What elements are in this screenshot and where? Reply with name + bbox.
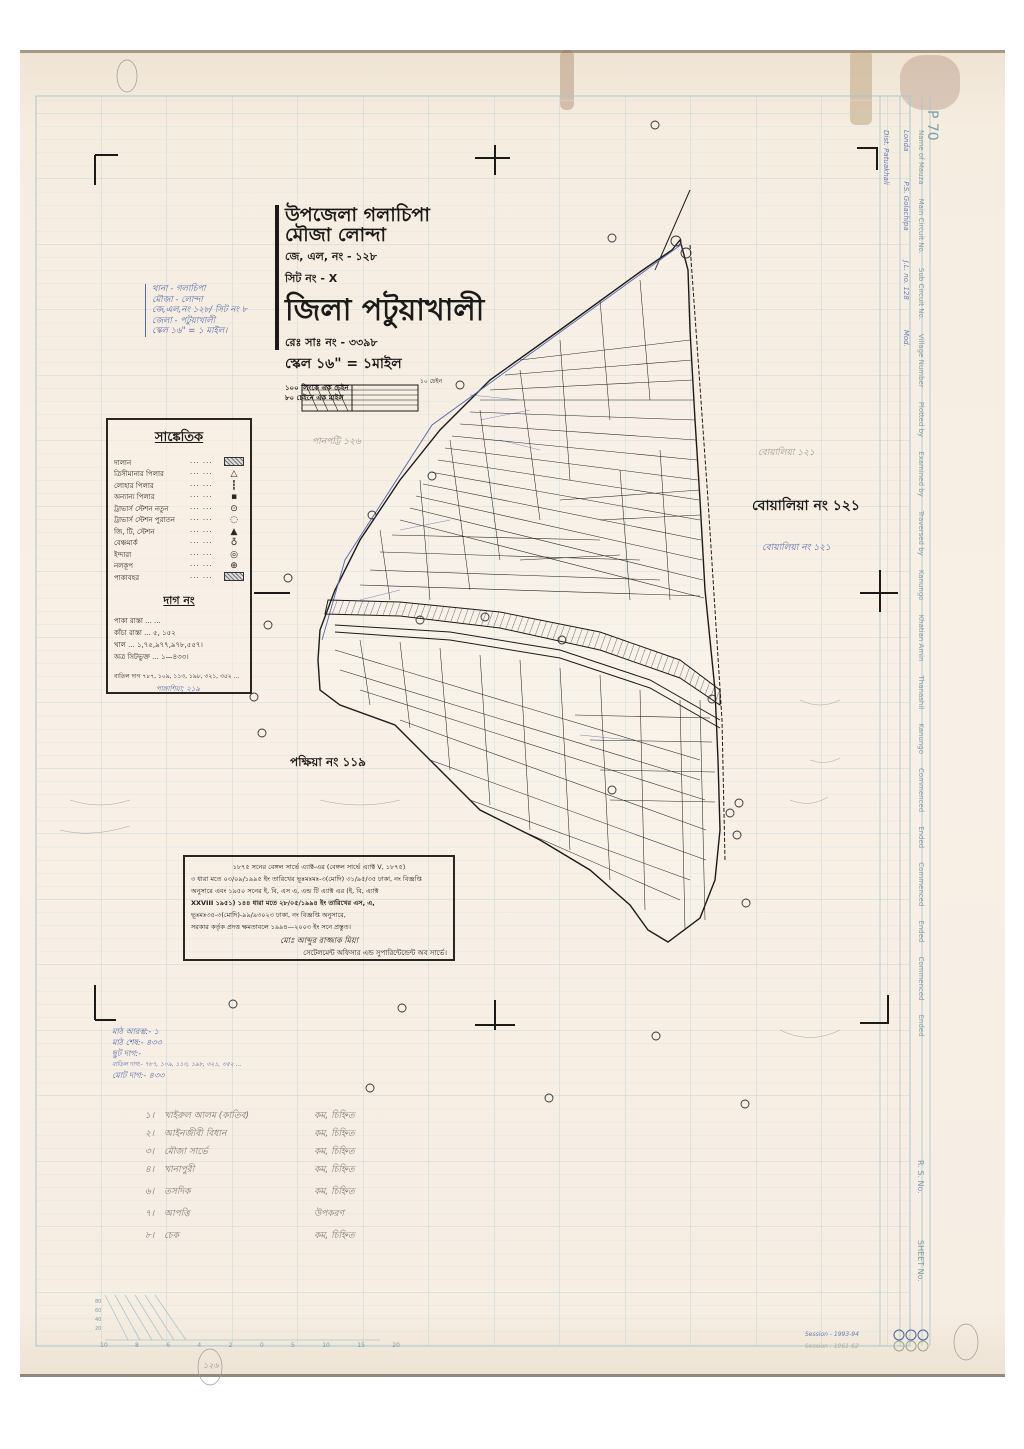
attestation-row: ৩।মৌজা সার্ভেকম, চিহ্নিত — [145, 1144, 355, 1162]
page-code: P 70 — [924, 110, 940, 141]
cert-line: ৩ ধারা মতে ০৩/০৯/১৯৯৫ ইং তারিখের ভূঃমঃমঃ… — [191, 873, 447, 885]
paved-area-icon — [224, 572, 244, 581]
bottom-scale-ticks: 10 8 6 4 2 0 5 10 15 20 — [100, 1342, 400, 1349]
certificate-box: ১৮৭৫ সনের বেঙ্গল সার্ভে এ্যাক্ট-এর (বেঙ্… — [183, 855, 455, 961]
reg-number: রেঃ সাঃ নং - ৩৩৯৮ — [285, 333, 484, 353]
attestation-row: ২।আইনজীবী বিধানকম, চিহ্নিত — [145, 1126, 355, 1144]
legend-item: জি, টি, স্টেশন··· ···▲ — [108, 526, 250, 538]
session-label-2: Session : 1961-62 — [805, 1343, 859, 1350]
legend-item: ত্রিসীমানার পিলার··· ···△ — [108, 469, 250, 481]
benchmark-icon: ♁ — [224, 538, 244, 548]
handwritten-summary: থানা - গলাচিপা মৌজা - লোন্দা জে,এল,নং ১২… — [145, 284, 247, 337]
legend-item: পাকাবহর··· ··· — [108, 572, 250, 584]
legend-item: ট্রাভার্স স্টেশন পুরাতন··· ···◌ — [108, 515, 250, 527]
upazila-name: উপজেলা গলাচিপা — [285, 205, 484, 225]
attestation-row: ৭।আপত্তিউপকরণ — [145, 1206, 355, 1228]
margin-number: ১২৬ — [203, 1360, 219, 1373]
legend-item: ইন্দারা··· ···◎ — [108, 549, 250, 561]
hand-line: জেলা - পটুয়াখালী — [152, 316, 247, 327]
attestation-row: ৬।তসদিককম, চিহ্নিত — [145, 1184, 355, 1206]
sheet-number-label: SHEET No. — [916, 1240, 925, 1282]
dag-hand-note: পাঙ্গাশিয়া; ২১৯ — [108, 683, 250, 695]
building-icon — [224, 457, 244, 466]
right-margin-values: Londa P.S. Golachipa J.L. no. 128 Mod. — [902, 130, 910, 530]
summary-line: ছুট দাগ:- — [112, 1048, 241, 1059]
map-scale: স্কেল ১৬" = ১মাইল — [285, 353, 484, 375]
dag-row: কাঁচা রাস্তা ... ৫, ১৫২ — [108, 627, 250, 639]
traverse-station-new-icon: ⊙ — [224, 504, 244, 514]
district-name: জিলা পটুয়াখালী — [285, 291, 484, 331]
mouza-name: মৌজা লোন্দা — [285, 225, 484, 245]
traverse-station-old-icon: ◌ — [224, 515, 244, 525]
bottom-y-ticks: 80 60 40 20 — [95, 1298, 101, 1334]
dag-row: খাল ... ১,৭৫,৯৭৭,৯৭৮,৫৫৭। — [108, 639, 250, 651]
tri-junction-pillar-icon: △ — [224, 469, 244, 479]
well-icon: ◎ — [224, 550, 244, 560]
legend-item: ট্রাভার্স স্টেশন নতুন··· ···⊙ — [108, 503, 250, 515]
dag-title: দাগ নং — [108, 592, 250, 611]
legend-title: সাঙ্কেতিক — [108, 428, 250, 449]
cert-line: অনুসারে এবং ১৯৫০ সনের ই, বি, এস এ, এন্ড … — [191, 885, 447, 897]
neighbor-east: বোয়ালিয়া নং ১২১ — [752, 494, 860, 518]
hand-line: জে,এল,নং ১২৮/ সিট নং ৮ — [152, 305, 247, 316]
iron-pillar-icon: ┇ — [224, 481, 244, 491]
cert-line: সরকার কর্তৃক প্রদত্ত ক্ষমতাবলে ১৯৯৪—২০০৩… — [191, 921, 447, 933]
neighbor-west: পক্ষিয়া নং ১১৯ — [290, 754, 366, 774]
session-label-1: Session - 1993-94 — [805, 1331, 859, 1338]
right-margin-headers: Name of Mauza Main Circuit No. Sub Circu… — [917, 130, 925, 1330]
legend-item: দালান··· ··· — [108, 457, 250, 469]
plot-summary: মাঠ আরম্ভ:- ১ মাঠ শেষ:- ৪৩৩ ছুট দাগ:- বা… — [112, 1026, 241, 1081]
other-pillar-icon: ▪ — [224, 492, 244, 502]
dag-section: দাগ নং পাকা রাস্তা ... ... কাঁচা রাস্তা … — [108, 592, 250, 695]
title-block: উপজেলা গলাচিপা মৌজা লোন্দা জে, এল, নং - … — [285, 205, 484, 403]
officer-signature: মোঃ আব্দুর রাজ্জাক মিয়া — [191, 935, 447, 947]
attestation-row: ১।খাইরুল আলম (কাতিব)কম, চিহ্নিত — [145, 1108, 355, 1126]
dag-row: অত্র সিটভুক্ত ... ১—৪৩৩। — [108, 651, 250, 663]
title-bar — [275, 205, 279, 350]
chain-note: ১০০ লিংকে এক চেইন — [285, 383, 484, 393]
stamp-circle — [954, 1324, 978, 1360]
attestation-row: ৮।চেককম, চিহ্নিত — [145, 1228, 355, 1250]
dag-row: বাতিল দাগ ৭৮৭, ১০৯, ১১৩, ১৯৮, ৩২১, ৩৫২ .… — [108, 671, 250, 683]
hand-line: স্কেল ১৬" = ১ মাইল। — [152, 326, 247, 337]
jl-number: জে, এল, নং - ১২৮ — [285, 247, 484, 267]
tubewell-icon: ⊕ — [224, 561, 244, 571]
attestation-list: ১।খাইরুল আলম (কাতিব)কম, চিহ্নিত ২।আইনজীব… — [145, 1108, 355, 1250]
summary-line: মাঠ আরম্ভ:- ১ — [112, 1026, 241, 1037]
hand-line: মৌজা - লোন্দা — [152, 295, 247, 306]
rs-number-label: R. S. No. — [916, 1160, 925, 1194]
district-hand-note: Dist. Patuakhali — [882, 130, 890, 185]
officer-title: সেটেলমেন্ট অফিসার এন্ড সুপারিন্টেন্ডেন্ট… — [191, 947, 447, 959]
legend-item: বেঞ্চমার্ক··· ···♁ — [108, 538, 250, 550]
gt-station-icon: ▲ — [224, 527, 244, 537]
chain-note: ৮০ চেইনে এক মাইল — [285, 393, 484, 403]
attestation-row: ৪।খানাপুরীকম, চিহ্নিত — [145, 1162, 355, 1184]
cert-line: XXVIII ১৯৫১) ১৪৪ ধারা মতে ২৮/০৫/১৯৯৪ ইং … — [191, 897, 447, 909]
neighbor-north-pencil: পানপট্টি ১২৬ — [312, 434, 361, 449]
sheet-number: সিট নং - X — [285, 269, 484, 289]
summary-line: বাতিল দাগ:- ৭৮৭, ১০৯, ১১৩, ১৯৮, ৩২১, ৩৫২… — [112, 1059, 241, 1070]
cert-line: ভূঃমঃ৩৫-৩(মোদি)-৯৯/৯৩০২৩ ঢাকা, নং বিজ্ঞপ… — [191, 909, 447, 921]
neighbor-east-hand: বোয়ালিয়া নং ১২১ — [762, 540, 831, 555]
dag-row: পাকা রাস্তা ... ... — [108, 615, 250, 627]
legend-item: লোহার পিলার··· ···┇ — [108, 480, 250, 492]
summary-line: মাঠ শেষ:- ৪৩৩ — [112, 1037, 241, 1048]
scale-bar-label: ১০ চেইন — [420, 377, 442, 387]
neighbor-northeast-pencil: বোয়ালিয়া ১২১ — [758, 445, 815, 460]
legend-item: অন্যান্য পিলার··· ···▪ — [108, 492, 250, 504]
cert-line: ১৮৭৫ সনের বেঙ্গল সার্ভে এ্যাক্ট-এর (বেঙ্… — [191, 861, 447, 873]
summary-line: মোট দাগ:- ৪৩৩ — [112, 1070, 241, 1081]
legend: সাঙ্কেতিক দালান··· ··· ত্রিসীমানার পিলার… — [106, 418, 252, 694]
hand-line: থানা - গলাচিপা — [152, 284, 247, 295]
legend-item: নলকূপ··· ···⊕ — [108, 561, 250, 573]
stamp-circle — [117, 60, 137, 92]
